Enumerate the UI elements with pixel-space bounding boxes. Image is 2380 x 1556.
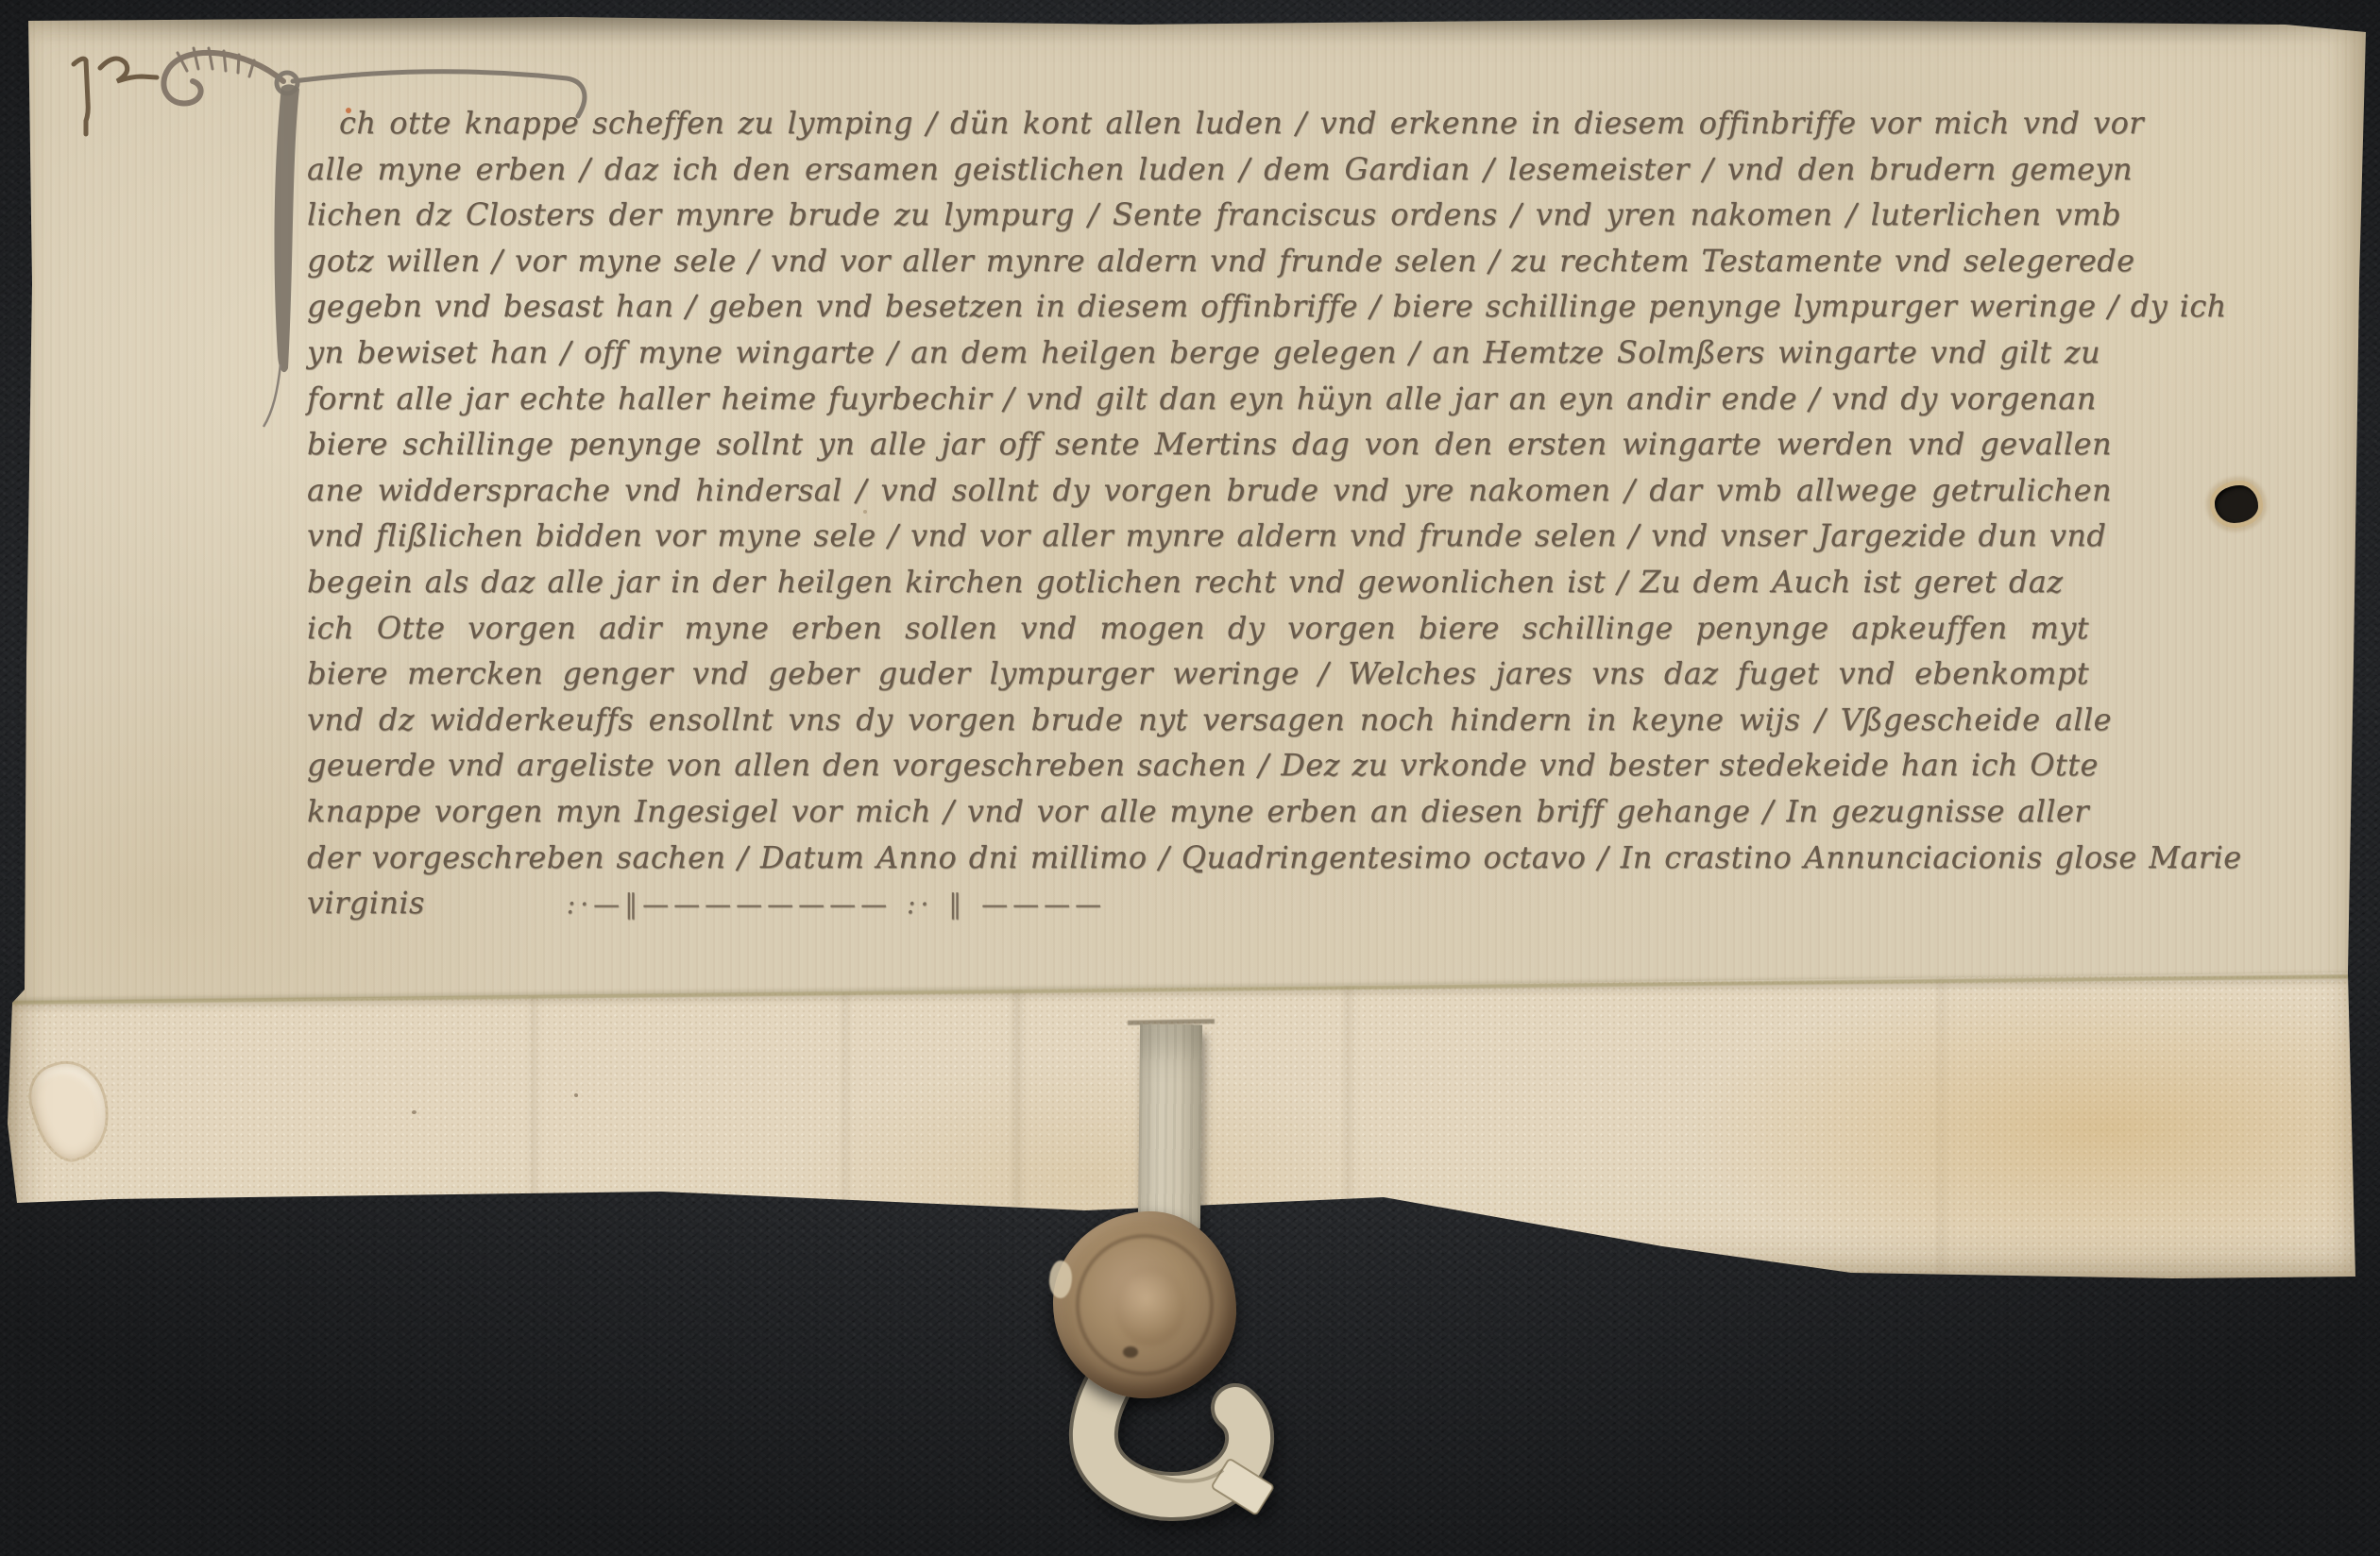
seal-tag — [1138, 1024, 1202, 1229]
charter-last-line: virginis:·—‖———————— :· ‖ ———— — [307, 880, 2144, 928]
charter-text-line: gegebn vnd besast han / geben vnd besetz… — [307, 283, 2144, 330]
charter-text-line: vnd dz widderkeuffs ensollnt vns dy vorg… — [307, 697, 2144, 743]
charter-lines: ch otte knappe scheffen zu lymping / dün… — [307, 100, 2144, 880]
ink-speck — [574, 1093, 578, 1097]
seal-relief — [1115, 1267, 1185, 1345]
cadel-curl — [163, 48, 283, 103]
charter-text-line: yn bewiset han / off myne wingarte / an … — [307, 330, 2144, 376]
charter-text-line: biere mercken genger vnd geber guder lym… — [307, 651, 2144, 697]
top-edge-smudge — [8, 17, 2366, 45]
charter-text-line: geuerde vnd argeliste von allen den vorg… — [307, 742, 2144, 788]
ink-speck — [412, 1110, 416, 1114]
charter-text-line: ich Otte vorgen adir myne erben sollen v… — [307, 605, 2144, 651]
charter-text-line: fornt alle jar echte haller heime fuyrbe… — [307, 376, 2144, 422]
parchment-hole — [2215, 485, 2258, 523]
charter-text-line: vnd flißlichen bidden vor myne sele / vn… — [307, 513, 2144, 559]
charter-text-line: biere schillinge penynge sollnt yn alle … — [307, 421, 2144, 467]
archival-mark-glyph — [74, 59, 157, 134]
line-filler-strokes: :·—‖———————— :· ‖ ———— — [425, 888, 1106, 920]
seal-chip — [1049, 1260, 1072, 1298]
scan-background: ch otte knappe scheffen zu lymping / dün… — [0, 0, 2380, 1556]
last-line-word: virginis — [307, 885, 425, 921]
charter-text-line: alle myne erben / daz ich den ersamen ge… — [307, 146, 2144, 193]
seal-dark-spot — [1123, 1346, 1138, 1358]
charter-text-block: ch otte knappe scheffen zu lymping / dün… — [307, 100, 2144, 928]
wax-seal — [1053, 1211, 1236, 1398]
charter-text-line: gotz willen / vor myne sele / vnd vor al… — [307, 238, 2144, 284]
charter-text-line: ch otte knappe scheffen zu lymping / dün… — [307, 100, 2144, 146]
charter-text-line: begein als daz alle jar in der heilgen k… — [307, 559, 2144, 605]
charter-text-line: knappe vorgen myn Ingesigel vor mich / v… — [307, 788, 2144, 835]
charter-text-line: ane widdersprache vnd hindersal / vnd so… — [307, 467, 2144, 514]
charter-text-line: lichen dz Closters der mynre brude zu ly… — [307, 192, 2144, 238]
charter-text-line: der vorgeschreben sachen / Datum Anno dn… — [307, 835, 2144, 881]
